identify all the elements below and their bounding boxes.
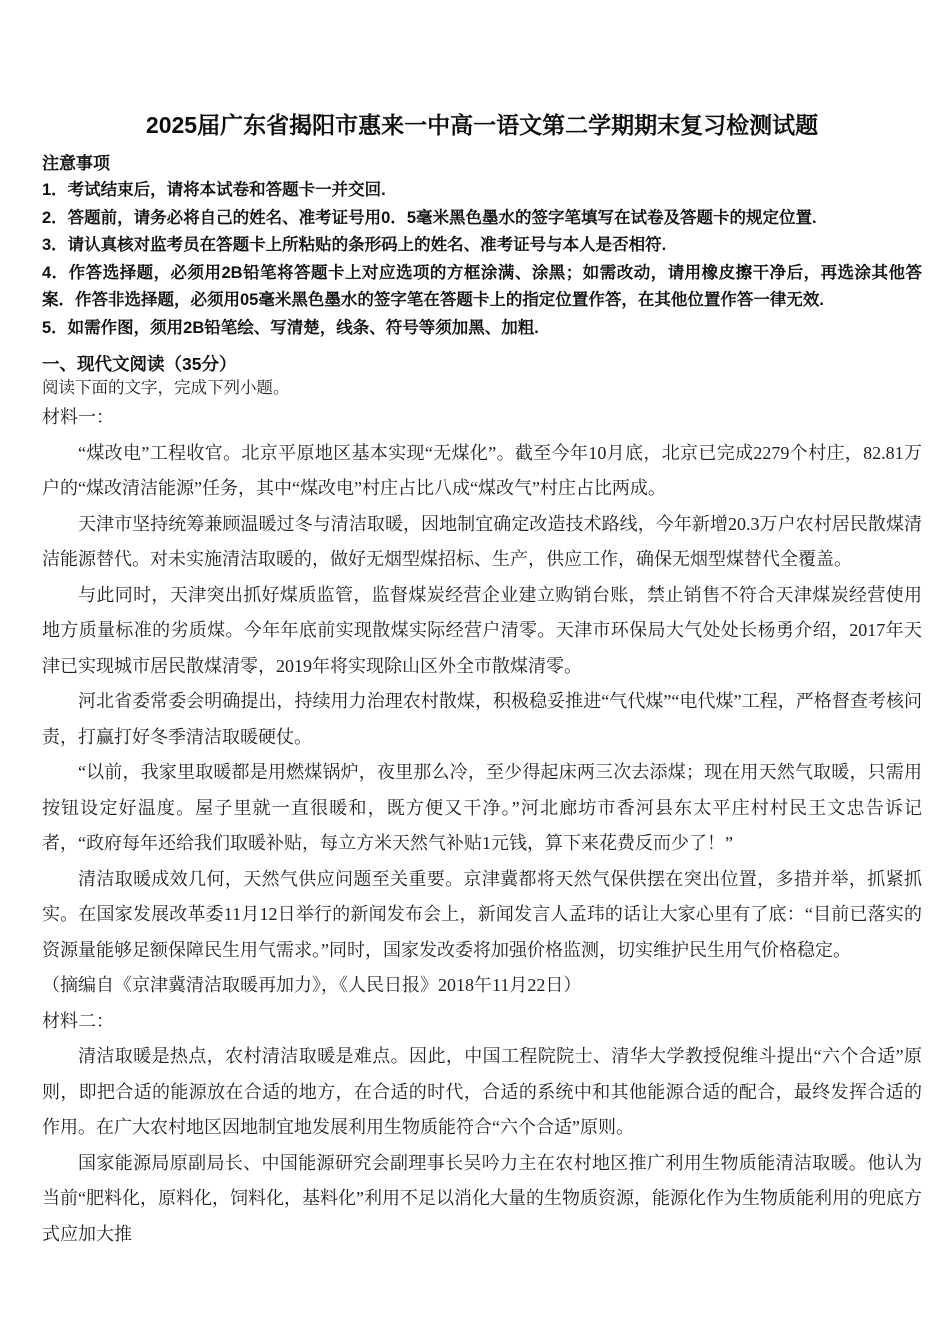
material-two-paragraph: 国家能源局原副局长、中国能源研究会副理事长吴吟力主在农村地区推广利用生物质能清洁… (42, 1146, 922, 1253)
notice-item-4: 4．作答选择题，必须用2B铅笔将答题卡上对应选项的方框涂满、涂黑；如需改动，请用… (42, 260, 922, 315)
notice-item-5: 5．如需作图，须用2B铅笔绘、写清楚，线条、符号等须加黑、加粗. (42, 315, 922, 343)
material-one: 材料一： “煤改电”工程收官。北京平原地区基本实现“无煤化”。截至今年10月底，… (42, 400, 922, 1004)
reading-instruction: 阅读下面的文字，完成下列小题。 (42, 376, 922, 400)
material-one-source: （摘编自《京津冀清洁取暖再加力》，《人民日报》2018午11月22日） (42, 968, 922, 1004)
material-one-paragraph: 天津市坚持统筹兼顾温暖过冬与清洁取暖，因地制宜确定改造技术路线，今年新增20.3… (42, 507, 922, 578)
notice-item-3: 3．请认真核对监考员在答题卡上所粘贴的条形码上的姓名、准考证号与本人是否相符. (42, 232, 922, 260)
material-two: 材料二： 清洁取暖是热点，农村清洁取暖是难点。因此，中国工程院院士、清华大学教授… (42, 1004, 922, 1253)
notices-heading: 注意事项 (42, 150, 922, 177)
exam-paper-page: 2025届广东省揭阳市惠来一中高一语文第二学期期末复习检测试题 注意事项 1．考… (0, 0, 950, 1344)
section-one: 一、现代文阅读（35分） 阅读下面的文字，完成下列小题。 材料一： “煤改电”工… (42, 352, 922, 1252)
material-one-paragraph: “以前，我家里取暖都是用燃煤锅炉，夜里那么冷，至少得起床两三次去添煤；现在用天然… (42, 755, 922, 862)
material-one-paragraph: 与此同时，天津突出抓好煤质监管，监督煤炭经营企业建立购销台账，禁止销售不符合天津… (42, 578, 922, 685)
material-one-paragraph: 河北省委常委会明确提出，持续用力治理农村散煤，积极稳妥推进“气代煤”“电代煤”工… (42, 684, 922, 755)
material-one-label: 材料一： (42, 400, 922, 436)
notices-section: 注意事项 1．考试结束后，请将本试卷和答题卡一并交回. 2．答题前，请务必将自己… (42, 150, 922, 342)
notice-item-2: 2．答题前，请务必将自己的姓名、准考证号用0．5毫米黑色墨水的签字笔填写在试卷及… (42, 205, 922, 233)
material-one-paragraph: “煤改电”工程收官。北京平原地区基本实现“无煤化”。截至今年10月底，北京已完成… (42, 436, 922, 507)
notice-item-1: 1．考试结束后，请将本试卷和答题卡一并交回. (42, 177, 922, 205)
page-title: 2025届广东省揭阳市惠来一中高一语文第二学期期末复习检测试题 (42, 108, 922, 142)
material-two-paragraph: 清洁取暖是热点，农村清洁取暖是难点。因此，中国工程院院士、清华大学教授倪维斗提出… (42, 1039, 922, 1146)
section-one-heading: 一、现代文阅读（35分） (42, 352, 922, 376)
material-two-label: 材料二： (42, 1004, 922, 1040)
material-one-paragraph: 清洁取暖成效几何，天然气供应问题至关重要。京津冀都将天然气保供摆在突出位置，多措… (42, 862, 922, 969)
